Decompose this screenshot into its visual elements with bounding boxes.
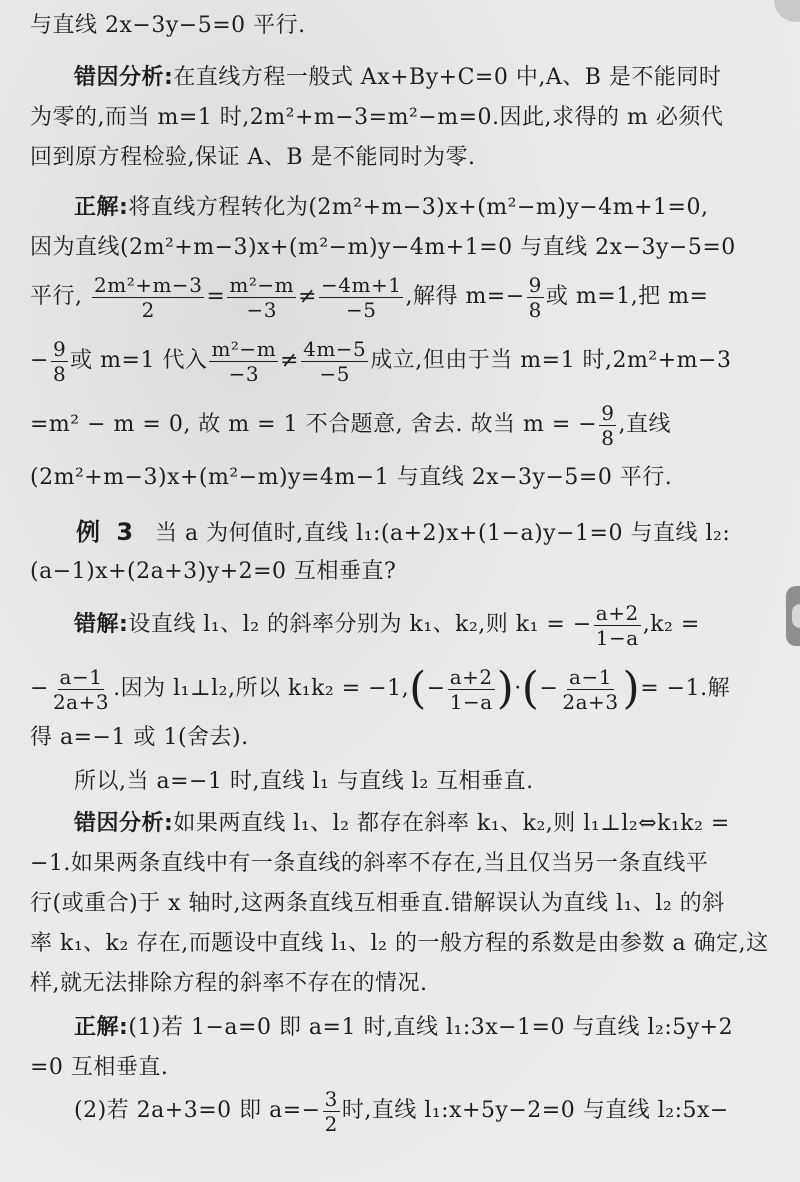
- text: (2)若 2a+3=0 即 a=−: [74, 1098, 321, 1123]
- fraction: m²−m−3: [209, 337, 278, 386]
- text-line: 所以,当 a=−1 时,直线 l₁ 与直线 l₂ 互相垂直.: [74, 766, 770, 798]
- text: 或 m=1,把 m=: [546, 284, 709, 309]
- corner-mark: [774, 0, 800, 22]
- fraction: a+21−a: [594, 601, 641, 650]
- denominator: 2a+3: [51, 690, 111, 714]
- text-line: 因为直线(2m²+m−3)x+(m²−m)y−4m+1=0 与直线 2x−3y−…: [30, 232, 770, 264]
- text: ≠: [280, 348, 299, 373]
- equation-line: 平行, 2m²+m−32=m²−m−3≠−4m+1−5,解得 m=−98或 m=…: [30, 272, 770, 322]
- denominator: −5: [317, 362, 351, 386]
- text: ,解得 m=−: [405, 284, 524, 309]
- denominator: −5: [344, 298, 378, 322]
- numerator: a+2: [448, 665, 495, 690]
- label-correct: 正解:: [74, 1015, 128, 1040]
- equation-line: (2)若 2a+3=0 即 a=−32时,直线 l₁:x+5y−2=0 与直线 …: [74, 1086, 770, 1136]
- numerator: 4m−5: [301, 337, 368, 362]
- fraction: m²−m−3: [227, 273, 296, 322]
- text: 当 a 为何值时,直线 l₁:(a+2)x+(1−a)y−1=0 与直线 l₂:: [155, 521, 730, 546]
- denominator: 8: [599, 426, 616, 450]
- text: (1)若 1−a=0 即 a=1 时,直线 l₁:3x−1=0 与直线 l₂:5…: [128, 1015, 733, 1040]
- label-correct: 正解:: [74, 195, 128, 220]
- text-line: −1.如果两条直线中有一条直线的斜率不存在,当且仅当另一条直线平: [30, 848, 770, 880]
- fraction: a+21−a: [448, 665, 495, 714]
- fraction: 2m²+m−32: [92, 273, 204, 322]
- text: 如果两直线 l₁、l₂ 都存在斜率 k₁、k₂,则 l₁⊥l₂⇔k₁k₂ =: [173, 811, 730, 836]
- numerator: a−1: [567, 665, 614, 690]
- paren: (: [522, 663, 540, 714]
- numerator: a+2: [594, 601, 641, 626]
- denominator: 2: [323, 1112, 340, 1136]
- numerator: a−1: [58, 665, 105, 690]
- denominator: −3: [244, 298, 278, 322]
- fraction: 32: [323, 1087, 340, 1136]
- text: = −1.解: [640, 676, 730, 701]
- denominator: 1−a: [594, 626, 641, 650]
- text-line: 行(或重合)于 x 轴时,这两条直线互相垂直.错解误认为直线 l₁、l₂ 的斜: [30, 888, 770, 920]
- text-line: 为零的,而当 m=1 时,2m²+m−3=m²−m=0.因此,求得的 m 必须代: [30, 102, 770, 134]
- denominator: 1−a: [448, 690, 495, 714]
- text: ,k₂ =: [643, 612, 700, 637]
- equation-line: =m² − m = 0, 故 m = 1 不合题意, 舍去. 故当 m = −9…: [30, 400, 770, 450]
- example-3-question: 例 3当 a 为何值时,直线 l₁:(a+2)x+(1−a)y−1=0 与直线 …: [76, 516, 770, 550]
- correct-solution-1: 正解:将直线方程转化为(2m²+m−3)x+(m²−m)y−4m+1=0,: [74, 192, 770, 224]
- numerator: 2m²+m−3: [92, 273, 204, 298]
- text: 成立,但由于当 m=1 时,2m²+m−3: [370, 348, 731, 373]
- denominator: 8: [527, 298, 544, 322]
- correct-solution-2: 正解:(1)若 1−a=0 即 a=1 时,直线 l₁:3x−1=0 与直线 l…: [74, 1012, 770, 1044]
- fraction: a−12a+3: [51, 665, 111, 714]
- text: −: [30, 348, 49, 373]
- text-line: (a−1)x+(2a+3)y+2=0 互相垂直?: [30, 556, 770, 588]
- error-analysis-2: 错因分析:如果两直线 l₁、l₂ 都存在斜率 k₁、k₂,则 l₁⊥l₂⇔k₁k…: [74, 808, 770, 840]
- error-analysis-1: 错因分析:在直线方程一般式 Ax+By+C=0 中,A、B 是不能同时: [74, 62, 770, 94]
- label-error-cause: 错因分析:: [74, 65, 173, 90]
- text: ≠: [298, 284, 317, 309]
- numerator: 3: [323, 1087, 340, 1112]
- denominator: 2: [140, 298, 157, 322]
- fraction: −4m+1−5: [319, 273, 403, 322]
- fraction: 98: [527, 273, 544, 322]
- fraction: 4m−5−5: [301, 337, 368, 386]
- fraction: 98: [51, 337, 68, 386]
- equation-line: −98或 m=1 代入m²−m−3≠4m−5−5成立,但由于当 m=1 时,2m…: [30, 336, 770, 386]
- text: ,直线: [618, 412, 671, 437]
- text: ·: [514, 676, 522, 701]
- numerator: 9: [599, 401, 616, 426]
- text-line: 得 a=−1 或 1(舍去).: [30, 722, 770, 754]
- fraction: a−12a+3: [560, 665, 620, 714]
- text-line: 与直线 2x−3y−5=0 平行.: [30, 10, 770, 42]
- text-line: =0 互相垂直.: [30, 1052, 770, 1084]
- text-line: 率 k₁、k₂ 存在,而题设中直线 l₁、l₂ 的一般方程的系数是由参数 a 确…: [30, 928, 770, 960]
- text: 在直线方程一般式 Ax+By+C=0 中,A、B 是不能同时: [173, 65, 721, 90]
- text: 平行,: [30, 284, 83, 309]
- paren: (: [409, 663, 427, 714]
- denominator: −3: [227, 362, 261, 386]
- paren: ): [497, 663, 515, 714]
- numerator: −4m+1: [319, 273, 403, 298]
- text-line: (2m²+m−3)x+(m²−m)y=4m−1 与直线 2x−3y−5=0 平行…: [30, 462, 770, 494]
- page-edge-tab: [786, 586, 800, 646]
- text-line: 回到原方程检验,保证 A、B 是不能同时为零.: [30, 142, 770, 174]
- text-line: 样,就无法排除方程的斜率不存在的情况.: [30, 968, 770, 1000]
- denominator: 2a+3: [560, 690, 620, 714]
- numerator: m²−m: [227, 273, 296, 298]
- numerator: 9: [527, 273, 544, 298]
- wrong-solution-1: 错解:设直线 l₁、l₂ 的斜率分别为 k₁、k₂,则 k₁ = −a+21−a…: [74, 600, 770, 650]
- numerator: 9: [51, 337, 68, 362]
- numerator: m²−m: [209, 337, 278, 362]
- text: =: [206, 284, 225, 309]
- text: =m² − m = 0, 故 m = 1 不合题意, 舍去. 故当 m = −: [30, 412, 597, 437]
- label-wrong: 错解:: [74, 612, 128, 637]
- text: 将直线方程转化为(2m²+m−3)x+(m²−m)y−4m+1=0,: [128, 195, 708, 220]
- text: 或 m=1 代入: [70, 348, 207, 373]
- paren: ): [623, 663, 641, 714]
- text: .因为 l₁⊥l₂,所以 k₁k₂ = −1,: [113, 676, 409, 701]
- document-page: 与直线 2x−3y−5=0 平行. 错因分析:在直线方程一般式 Ax+By+C=…: [0, 0, 800, 1182]
- text: −: [30, 676, 49, 701]
- text: 设直线 l₁、l₂ 的斜率分别为 k₁、k₂,则 k₁ = −: [128, 612, 591, 637]
- equation-line: −a−12a+3.因为 l₁⊥l₂,所以 k₁k₂ = −1,(−a+21−a)…: [30, 664, 770, 714]
- text: 时,直线 l₁:x+5y−2=0 与直线 l₂:5x−: [342, 1098, 729, 1123]
- label-error-cause: 错因分析:: [74, 811, 173, 836]
- example-label: 例 3: [76, 518, 137, 546]
- denominator: 8: [51, 362, 68, 386]
- fraction: 98: [599, 401, 616, 450]
